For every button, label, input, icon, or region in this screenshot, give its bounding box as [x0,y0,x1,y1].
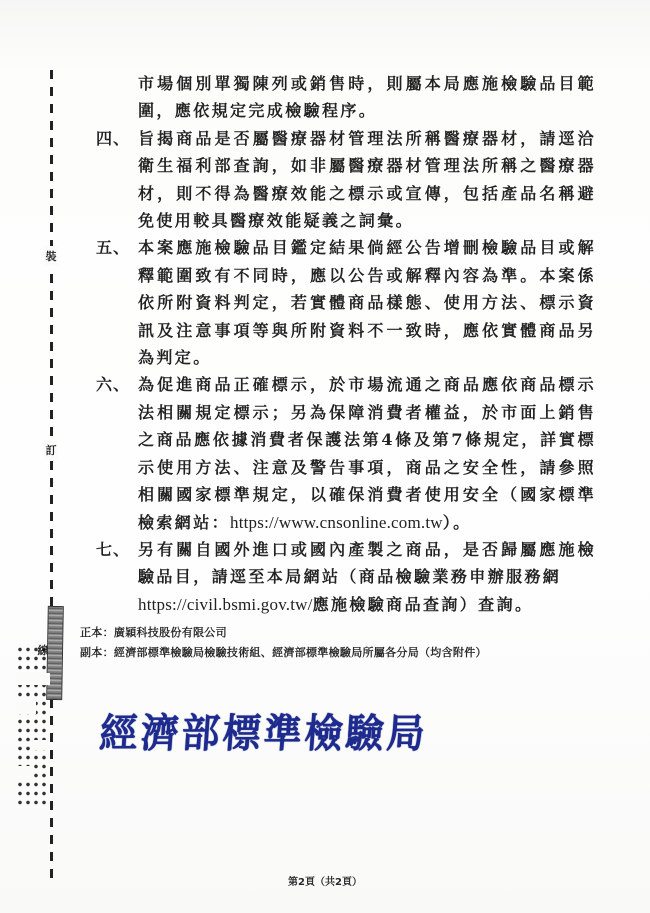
recipients-block: 正本：廣穎科技股份有限公司 副本：經濟部標準檢驗局檢驗技術組、經濟部標準檢驗局所… [80,623,487,663]
paragraph-text: 另有關自國外進口或國內產製之商品，是否歸屬應施檢驗品目，請逕至本局網站（商品檢驗… [138,536,596,618]
paragraph-text: 市場個別單獨陳列或銷售時，則屬本局應施檢驗品目範圍，應依規定完成檢驗程序。 [138,70,596,125]
paragraph-text: 本案應施檢驗品目鑑定結果倘經公告增刪檢驗品目或解釋範圍致有不同時，應以公告或解釋… [138,234,596,371]
paragraph-text-part: ）。 [443,513,472,532]
binding-label-ding: 訂 [44,440,58,460]
dot-gap [16,700,36,714]
paragraph-text-part: 另有關自國外進口或國內產製之商品，是否歸屬應施檢驗品目，請逕至本局網站（商品檢驗… [138,540,596,586]
dot-matrix-mark [16,645,50,805]
dot-gap [16,673,50,685]
cns-website-link[interactable]: https://www.cnsonline.com.tw [230,513,443,532]
paragraph-item-6: 六、 為促進商品正確標示，於市場流通之商品應依商品標示法相關規定標示；另為保障消… [100,371,600,535]
paragraph-text: 旨揭商品是否屬醫療器材管理法所稱醫療器材，請逕洽衛生福利部查詢，如非屬醫療器材管… [138,125,596,235]
dot-gap [30,740,48,750]
document-body: 市場個別單獨陳列或銷售時，則屬本局應施檢驗品目範圍，應依規定完成檢驗程序。 四、… [100,70,600,618]
original-recipient: 正本：廣穎科技股份有限公司 [80,623,487,643]
paragraph-item-4: 四、 旨揭商品是否屬醫療器材管理法所稱醫療器材，請逕洽衛生福利部查詢，如非屬醫療… [100,125,600,235]
paragraph-text-part: 應施檢驗商品查詢）查詢。 [313,595,534,614]
item-marker: 四、 [96,125,136,152]
bsmi-website-link[interactable]: https://civil.bsmi.gov.tw/ [138,595,313,614]
item-marker: 五、 [96,234,136,261]
copy-recipients: 副本：經濟部標準檢驗局檢驗技術組、經濟部標準檢驗局所屬各分局（均含附件） [80,643,487,663]
page-number: 第2頁（共2頁） [0,873,650,888]
dot-gap [16,766,30,778]
binding-margin-line [50,70,53,880]
paragraph-text-part: 為促進商品正確標示，於市場流通之商品應依商品標示法相關規定標示；另為保障消費者權… [138,375,596,531]
paragraph-item-7: 七、 另有關自國外進口或國內產製之商品，是否歸屬應施檢驗品目，請逕至本局網站（商… [100,536,600,618]
issuer-seal-title: 經濟部標準檢驗局 [98,701,430,759]
paragraph-text: 為促進商品正確標示，於市場流通之商品應依商品標示法相關規定標示；另為保障消費者權… [138,371,596,535]
item-marker: 六、 [96,371,136,398]
binding-label-zhuang: 裝 [44,246,58,266]
document-page: 裝 訂 線 市場個別單獨陳列或銷售時，則屬本局應施檢驗品目範圍，應依規定完成檢驗… [0,0,650,913]
item-marker: 七、 [96,536,136,563]
paragraph-item-5: 五、 本案應施檢驗品目鑑定結果倘經公告增刪檢驗品目或解釋範圍致有不同時，應以公告… [100,234,600,371]
paragraph-continued: 市場個別單獨陳列或銷售時，則屬本局應施檢驗品目範圍，應依規定完成檢驗程序。 [100,70,600,125]
